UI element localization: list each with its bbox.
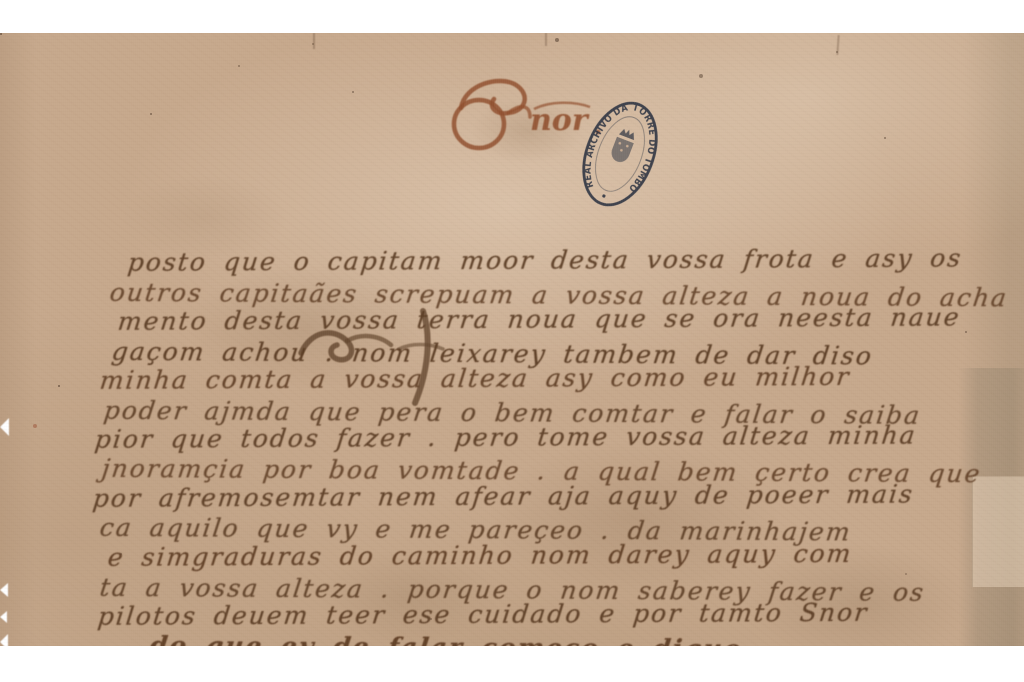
manuscript-line: pior que todos fazer . pero tome vossa a… [93,421,918,454]
manuscript-line: pilotos deuem teer ese cuidado e por tam… [96,598,870,631]
manuscript-line: e simgraduras do caminho nom darey aquy … [106,539,854,572]
manuscript-line: do que ey de falar começo e diguo [148,631,744,646]
manuscript-line: minha comta a vossa alteza asy como eu m… [98,362,852,395]
paper-edge-nick [545,33,547,46]
paper-edge-chip [0,634,8,646]
paper-edge-chip [0,583,8,597]
paper-edge-chip [0,418,9,436]
paper-light-patch [972,476,1024,587]
initial-s-flourish [454,81,530,148]
manuscript-photo: nor REAL ARCHIVO DA TORRE DO TOMBO [0,33,1024,646]
manuscript-line: mento desta vossa terra noua que se ora … [116,303,962,336]
senhor-word-tail: nor [530,103,590,138]
paper-specks [0,33,2,35]
stamp-bottom-dot [602,194,606,198]
paper-edge-chip [0,611,7,623]
coat-of-arms-icon [609,127,638,165]
paper-edge-nick [313,33,315,49]
paper-edge-nick [836,35,839,55]
manuscript-line: por afremosemtar nem afear aja aquy de p… [91,480,915,513]
page-background: nor REAL ARCHIVO DA TORRE DO TOMBO [0,0,1024,682]
manuscript-line: posto que o capitam moor desta vossa fro… [126,244,964,277]
